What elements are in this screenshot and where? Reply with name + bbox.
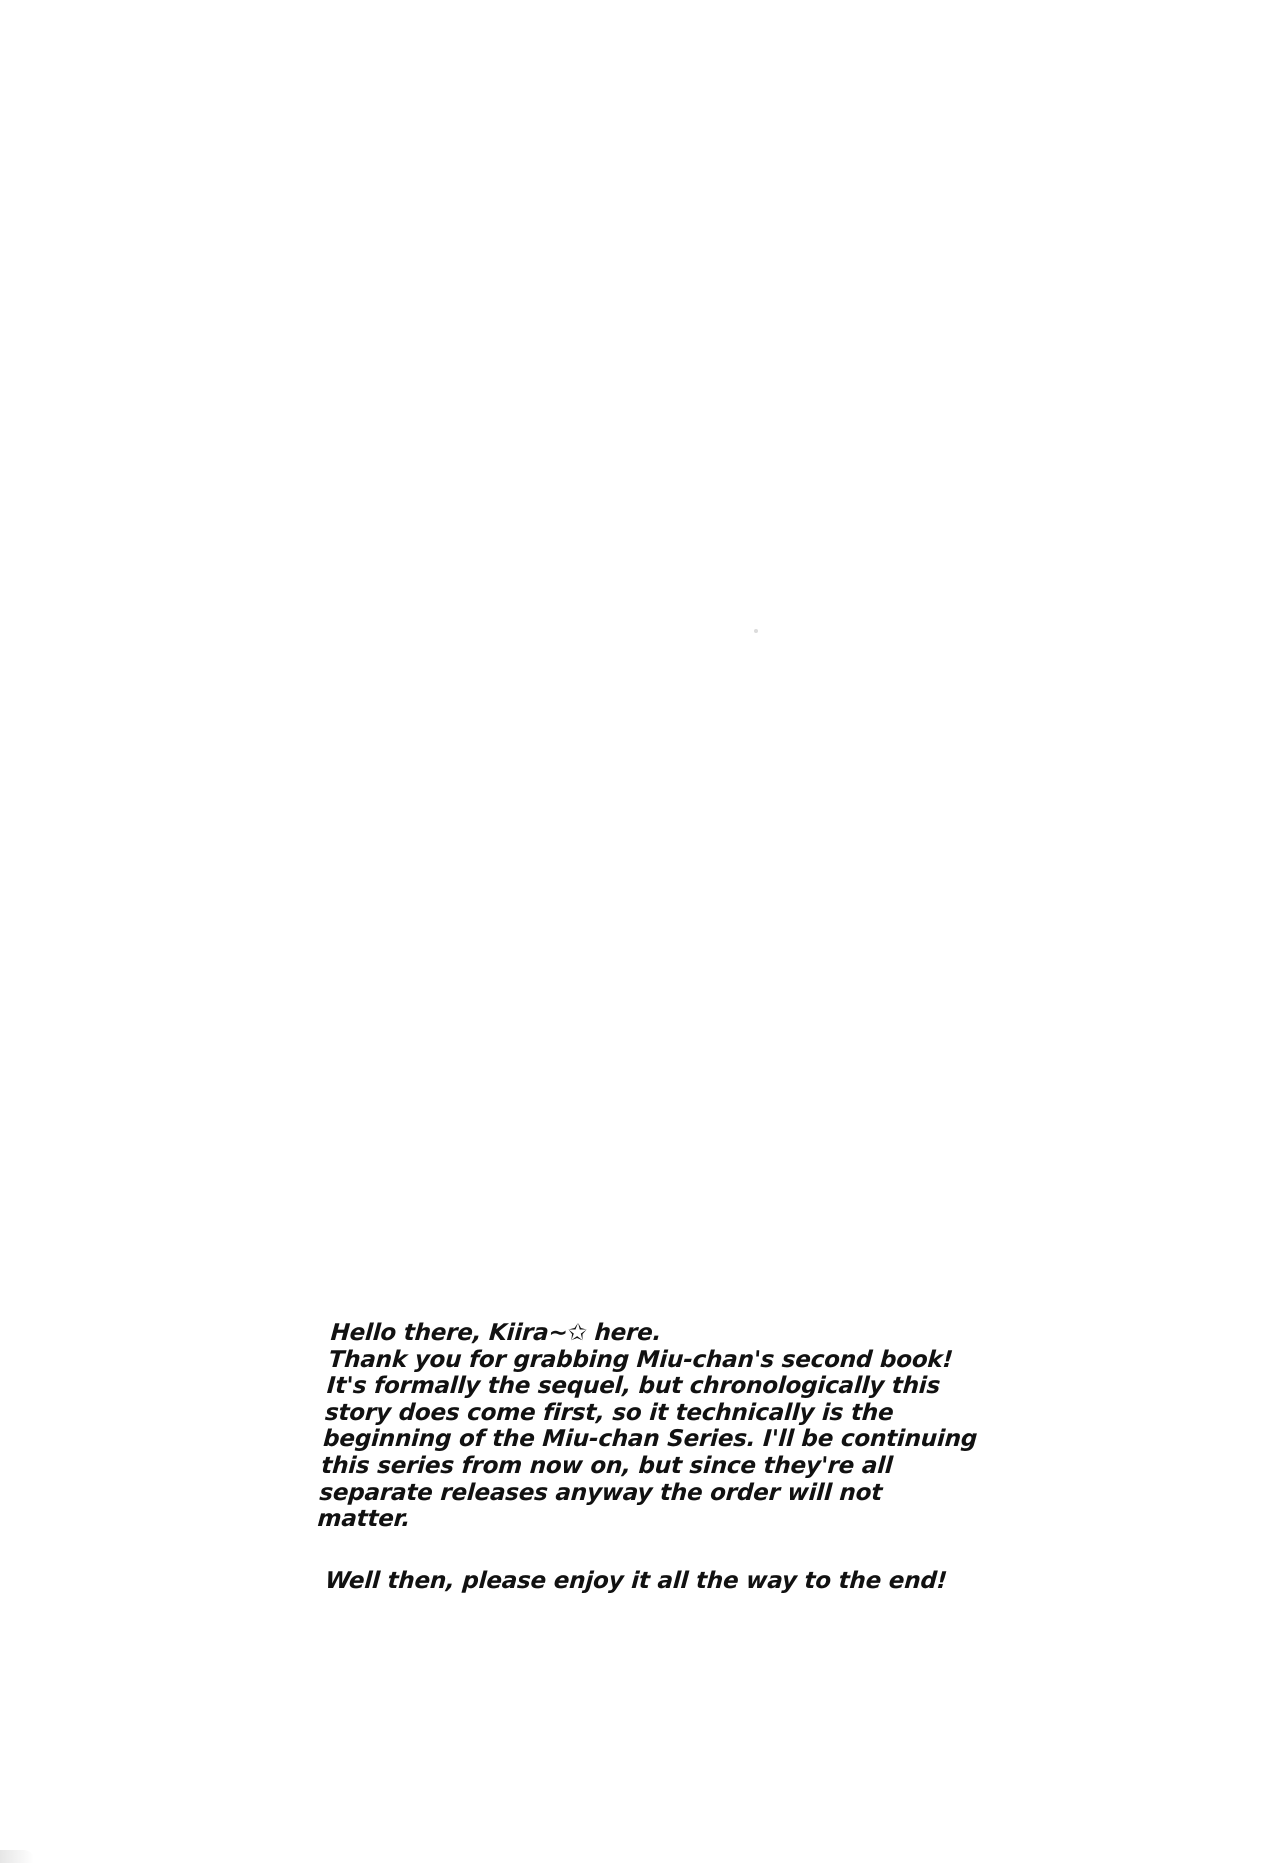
note-line: story does come first, so it technically… — [324, 1400, 1166, 1427]
note-line-thanks: Thank you for grabbing Miu-chan's second… — [328, 1347, 1170, 1374]
scan-speck — [754, 629, 758, 633]
note-line: separate releases anyway the order will … — [319, 1480, 1161, 1507]
note-closing-line: Well then, please enjoy it all the way t… — [312, 1568, 1154, 1595]
scan-smudge — [0, 1850, 34, 1863]
note-line-greeting: Hello there, Kiira~✩ here. — [330, 1320, 1172, 1347]
manga-page: Hello there, Kiira~✩ here. Thank you for… — [0, 0, 1280, 1863]
note-line: beginning of the Miu-chan Series. I'll b… — [322, 1426, 1164, 1453]
afterword-note: Hello there, Kiira~✩ here. Thank you for… — [312, 1320, 1171, 1594]
note-line: this series from now on, but since they'… — [320, 1453, 1162, 1480]
note-line: It's formally the sequel, but chronologi… — [326, 1373, 1168, 1400]
note-line: matter. — [317, 1506, 1159, 1533]
